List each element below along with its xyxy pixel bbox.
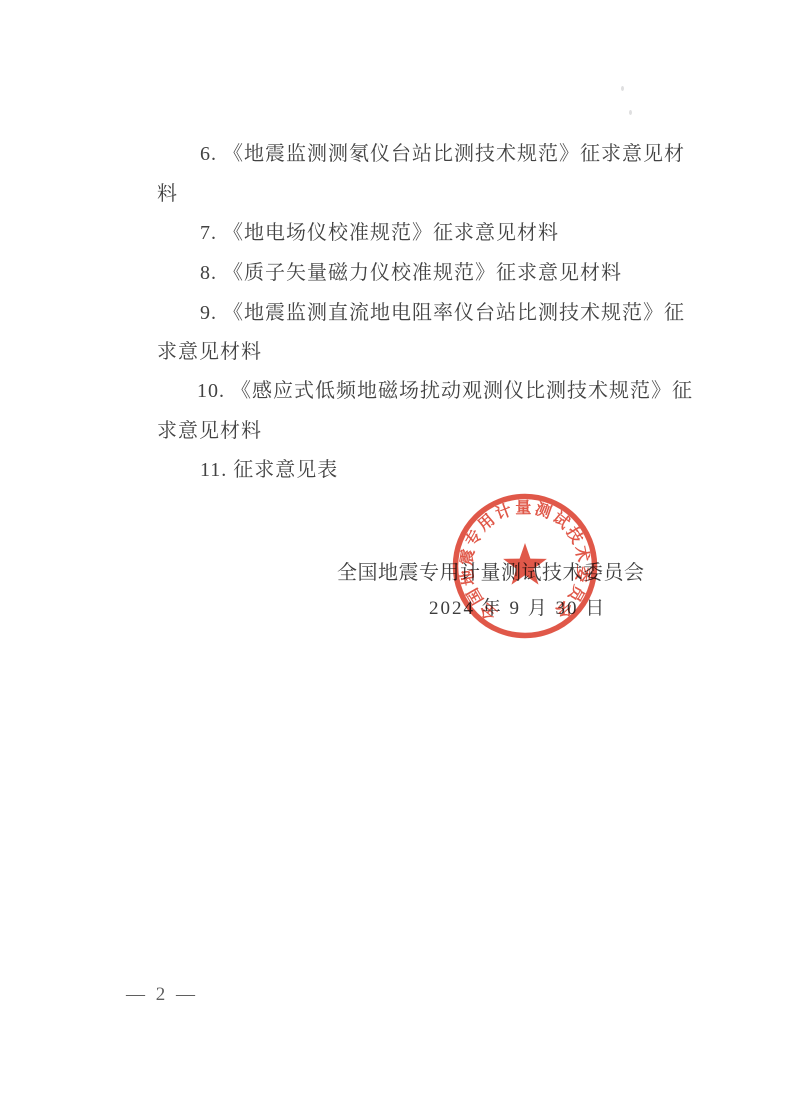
- list-line-item6: 6. 《地震监测测氡仪台站比测技术规范》征求意见材: [200, 143, 685, 166]
- list-line-item9-cont: 求意见材料: [157, 341, 262, 364]
- scan-artifact: [621, 86, 624, 91]
- list-line-item9: 9. 《地震监测直流地电阻率仪台站比测技术规范》征: [200, 302, 685, 325]
- scan-artifact: [629, 110, 632, 115]
- list-line-item10-cont: 求意见材料: [157, 420, 262, 443]
- list-line-item10: 10. 《感应式低频地磁场扰动观测仪比测技术规范》征: [197, 380, 693, 403]
- page-number: — 2 —: [126, 984, 198, 1006]
- document-page: 6. 《地震监测测氡仪台站比测技术规范》征求意见材 料 7. 《地电场仪校准规范…: [0, 0, 800, 1100]
- list-line-item8: 8. 《质子矢量磁力仪校准规范》征求意见材料: [200, 262, 622, 285]
- signature-organization: 全国地震专用计量测试技术委员会: [337, 556, 645, 585]
- list-line-item6-cont: 料: [157, 183, 178, 206]
- list-line-item7: 7. 《地电场仪校准规范》征求意见材料: [200, 222, 559, 245]
- signature-date: 2024 年 9 月 30 日: [429, 593, 606, 620]
- list-line-item11: 11. 征求意见表: [200, 459, 338, 482]
